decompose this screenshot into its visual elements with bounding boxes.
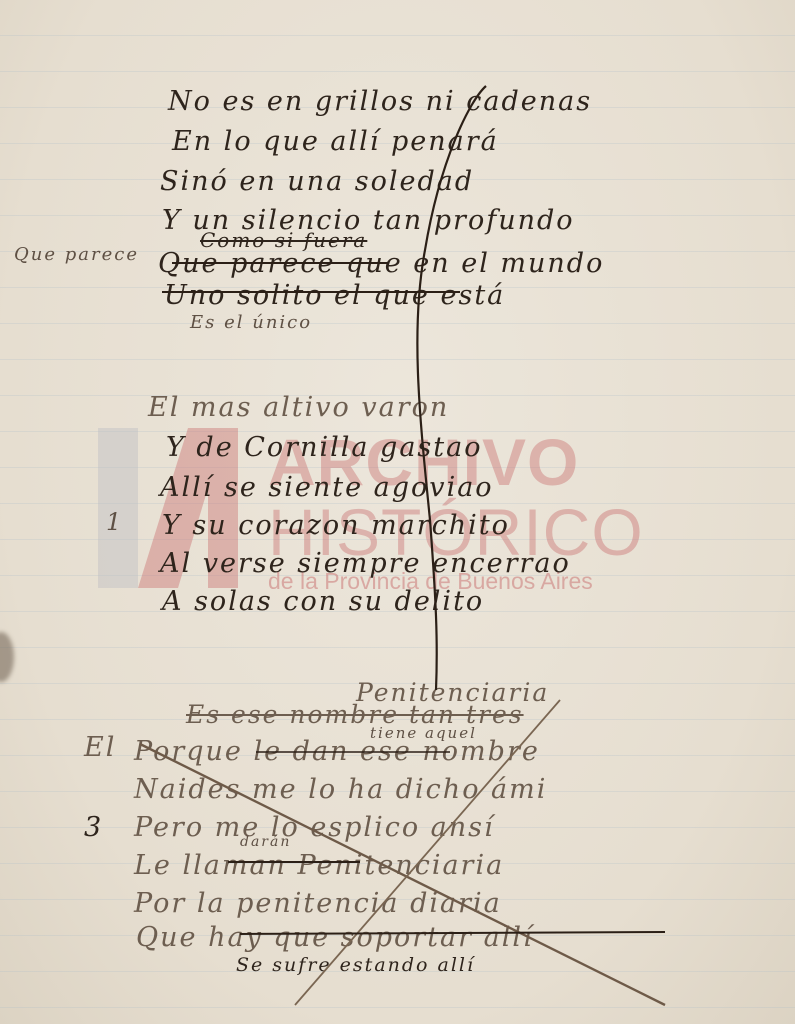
cross-out-stroke: [140, 744, 665, 1005]
strike-line: [240, 932, 665, 934]
pen-strokes: [0, 0, 795, 1024]
manuscript-page: ARCHIVO HISTÓRICO de la Provincia de Bue…: [0, 0, 795, 1024]
cross-out-stroke: [295, 700, 560, 1005]
vertical-divider-stroke: [417, 86, 486, 690]
